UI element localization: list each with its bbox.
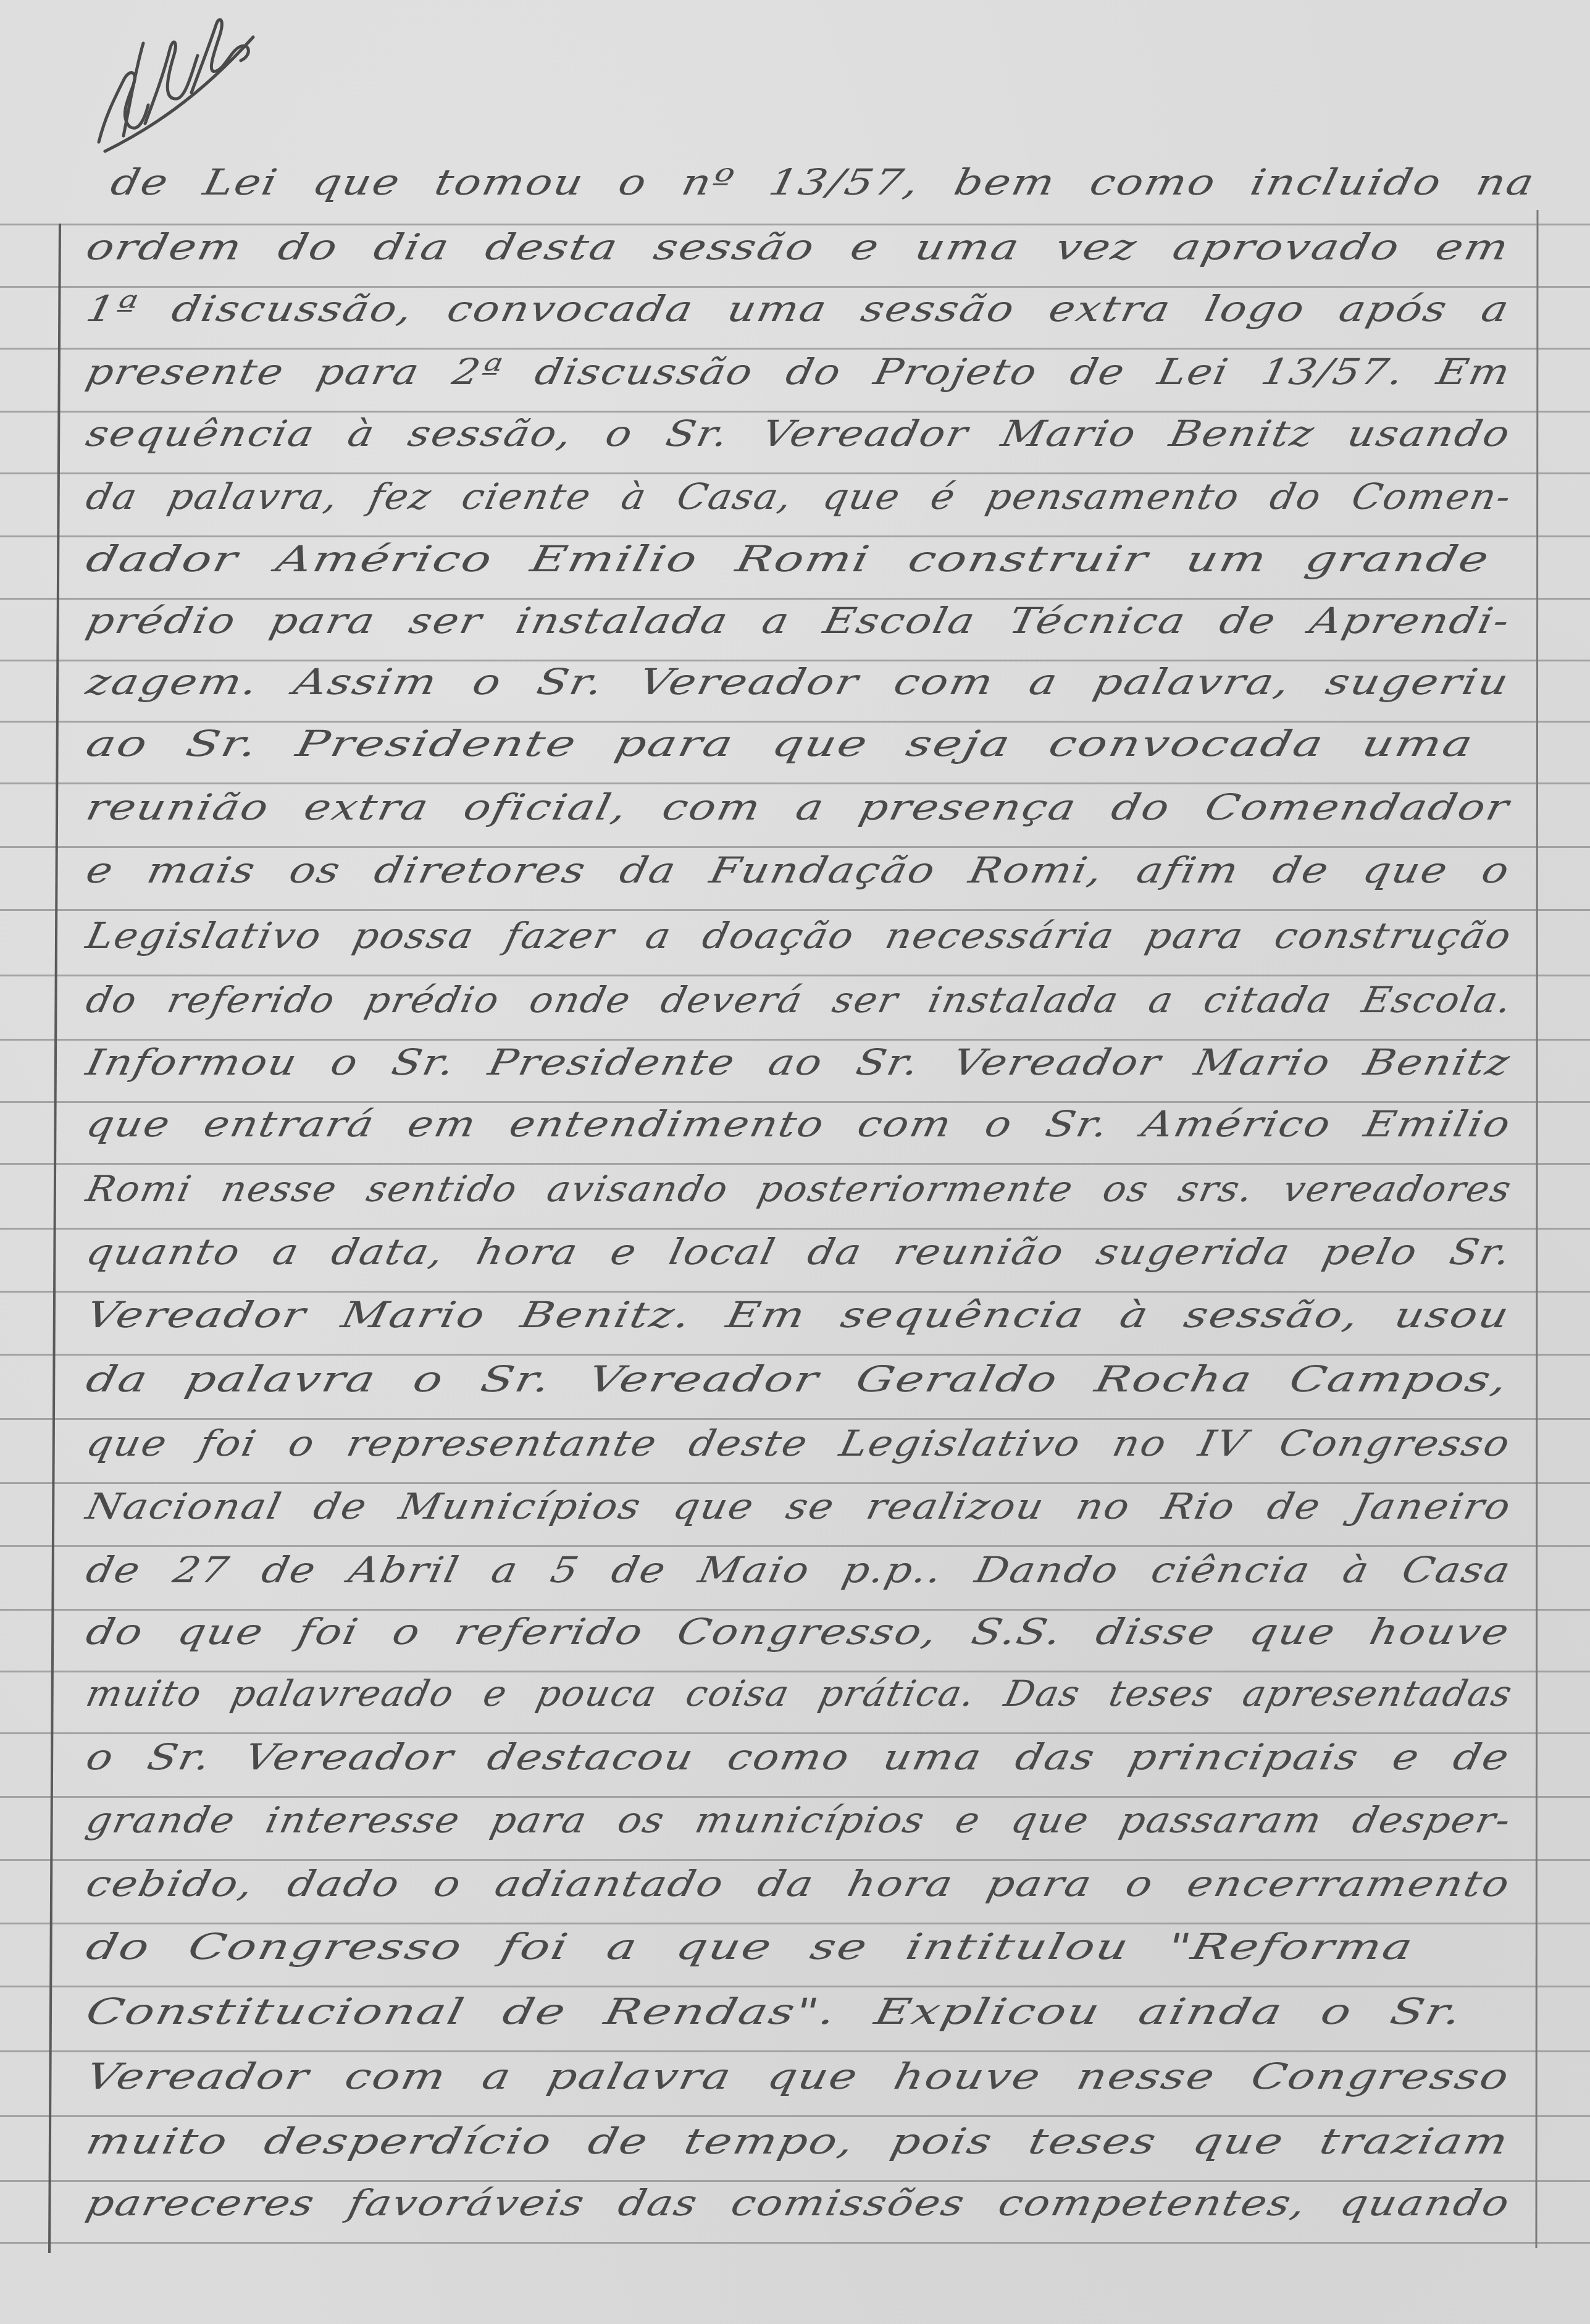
text-line: presente para 2ª discussão do Projeto de…	[80, 341, 1575, 403]
line-text: de 27 de Abril a 5 de Maio p.p.. Dando c…	[80, 1539, 1517, 1601]
text-line: cebido, dado o adiantado da hora para o …	[80, 1853, 1575, 1915]
text-line: da palavra o Sr. Vereador Geraldo Rocha …	[80, 1348, 1575, 1410]
text-line: Romi nesse sentido avisando posteriormen…	[80, 1158, 1575, 1220]
line-text: Vereador Mario Benitz. Em sequência à se…	[80, 1284, 1516, 1346]
text-line: da palavra, fez ciente à Casa, que é pen…	[80, 466, 1575, 527]
text-line: que entrará em entendimento com o Sr. Am…	[80, 1093, 1575, 1155]
line-text: cebido, dado o adiantado da hora para o …	[80, 1853, 1517, 1915]
line-text: pareceres favoráveis das comissões compe…	[80, 2172, 1517, 2234]
text-line: ordem do dia desta sessão e uma vez apro…	[80, 216, 1575, 278]
text-line: e mais os diretores da Fundação Romi, af…	[80, 839, 1575, 901]
text-line: pareceres favoráveis das comissões compe…	[80, 2172, 1575, 2234]
text-line: do Congresso foi a que se intitulou "Ref…	[80, 1916, 1575, 1978]
document-page: de Lei que tomou o nº 13/57, bem como in…	[0, 0, 1590, 2324]
line-text: Informou o Sr. Presidente ao Sr. Vereado…	[80, 1031, 1517, 1093]
line-text: quanto a data, hora e local da reunião s…	[80, 1221, 1518, 1283]
text-line: ao Sr. Presidente para que seja convocad…	[80, 713, 1575, 774]
text-line: de Lei que tomou o nº 13/57, bem como in…	[105, 151, 1590, 213]
text-line: o Sr. Vereador destacou como uma das pri…	[80, 1726, 1575, 1788]
line-text: ao Sr. Presidente para que seja convocad…	[80, 713, 1480, 774]
text-line: Nacional de Municípios que se realizou n…	[80, 1475, 1575, 1537]
line-text: zagem. Assim o Sr. Vereador com a palavr…	[80, 651, 1516, 713]
line-text: ordem do dia desta sessão e uma vez apro…	[80, 216, 1516, 278]
line-text: do Congresso foi a que se intitulou "Ref…	[80, 1916, 1420, 1978]
line-text: muito palavreado e pouca coisa prática. …	[80, 1663, 1519, 1724]
text-line: muito desperdício de tempo, pois teses q…	[80, 2110, 1575, 2172]
text-line: Vereador com a palavra que houve nesse C…	[80, 2045, 1575, 2107]
line-text: sequência à sessão, o Sr. Vereador Mario…	[80, 403, 1517, 464]
text-line: Vereador Mario Benitz. Em sequência à se…	[80, 1284, 1575, 1346]
text-line: quanto a data, hora e local da reunião s…	[80, 1221, 1575, 1283]
text-line: de 27 de Abril a 5 de Maio p.p.. Dando c…	[80, 1539, 1575, 1601]
line-text: o Sr. Vereador destacou como uma das pri…	[80, 1726, 1516, 1788]
text-line: Legislativo possa fazer a doação necessá…	[80, 905, 1575, 967]
text-line: reunião extra oficial, com a presença do…	[80, 776, 1575, 838]
text-line: Constitucional de Rendas". Explicou aind…	[80, 1981, 1575, 2042]
text-line: que foi o representante deste Legislativ…	[80, 1412, 1575, 1474]
text-line: do que foi o referido Congresso, S.S. di…	[80, 1601, 1575, 1663]
line-text: que foi o representante deste Legislativ…	[80, 1412, 1517, 1474]
text-line: Informou o Sr. Presidente ao Sr. Vereado…	[80, 1031, 1575, 1093]
line-text: presente para 2ª discussão do Projeto de…	[80, 341, 1517, 403]
text-line: grande interesse para os municípios e qu…	[80, 1789, 1575, 1851]
line-text: da palavra, fez ciente à Casa, que é pen…	[80, 466, 1518, 527]
line-text: Vereador com a palavra que houve nesse C…	[80, 2045, 1516, 2107]
line-text: 1ª discussão, convocada uma sessão extra…	[80, 278, 1516, 340]
line-text: da palavra o Sr. Vereador Geraldo Rocha …	[80, 1348, 1515, 1410]
text-line: 1ª discussão, convocada uma sessão extra…	[80, 278, 1575, 340]
line-text: e mais os diretores da Fundação Romi, af…	[80, 839, 1517, 901]
line-text: dador Américo Emilio Romi construir um g…	[80, 528, 1496, 590]
line-text: Romi nesse sentido avisando posteriormen…	[80, 1158, 1518, 1220]
line-text: Legislativo possa fazer a doação necessá…	[80, 905, 1518, 967]
line-text: Constitucional de Rendas". Explicou aind…	[80, 1981, 1469, 2042]
line-text: reunião extra oficial, com a presença do…	[80, 776, 1516, 838]
text-line: dador Américo Emilio Romi construir um g…	[80, 528, 1575, 590]
line-text: Nacional de Municípios que se realizou n…	[80, 1475, 1518, 1537]
line-text: do referido prédio onde deverá ser insta…	[80, 969, 1518, 1031]
text-line: sequência à sessão, o Sr. Vereador Mario…	[80, 403, 1575, 464]
rubric-signature-icon	[86, 12, 259, 154]
line-text: que entrará em entendimento com o Sr. Am…	[80, 1093, 1517, 1155]
text-line: prédio para ser instalada a Escola Técni…	[80, 590, 1575, 652]
line-text: muito desperdício de tempo, pois teses q…	[80, 2110, 1515, 2172]
text-line: zagem. Assim o Sr. Vereador com a palavr…	[80, 651, 1575, 713]
text-line: muito palavreado e pouca coisa prática. …	[80, 1663, 1575, 1724]
line-text: grande interesse para os municípios e qu…	[80, 1789, 1517, 1851]
line-text: de Lei que tomou o nº 13/57, bem como in…	[105, 151, 1541, 213]
text-line: do referido prédio onde deverá ser insta…	[80, 969, 1575, 1031]
line-text: do que foi o referido Congresso, S.S. di…	[80, 1601, 1516, 1663]
line-text: prédio para ser instalada a Escola Técni…	[80, 590, 1517, 652]
